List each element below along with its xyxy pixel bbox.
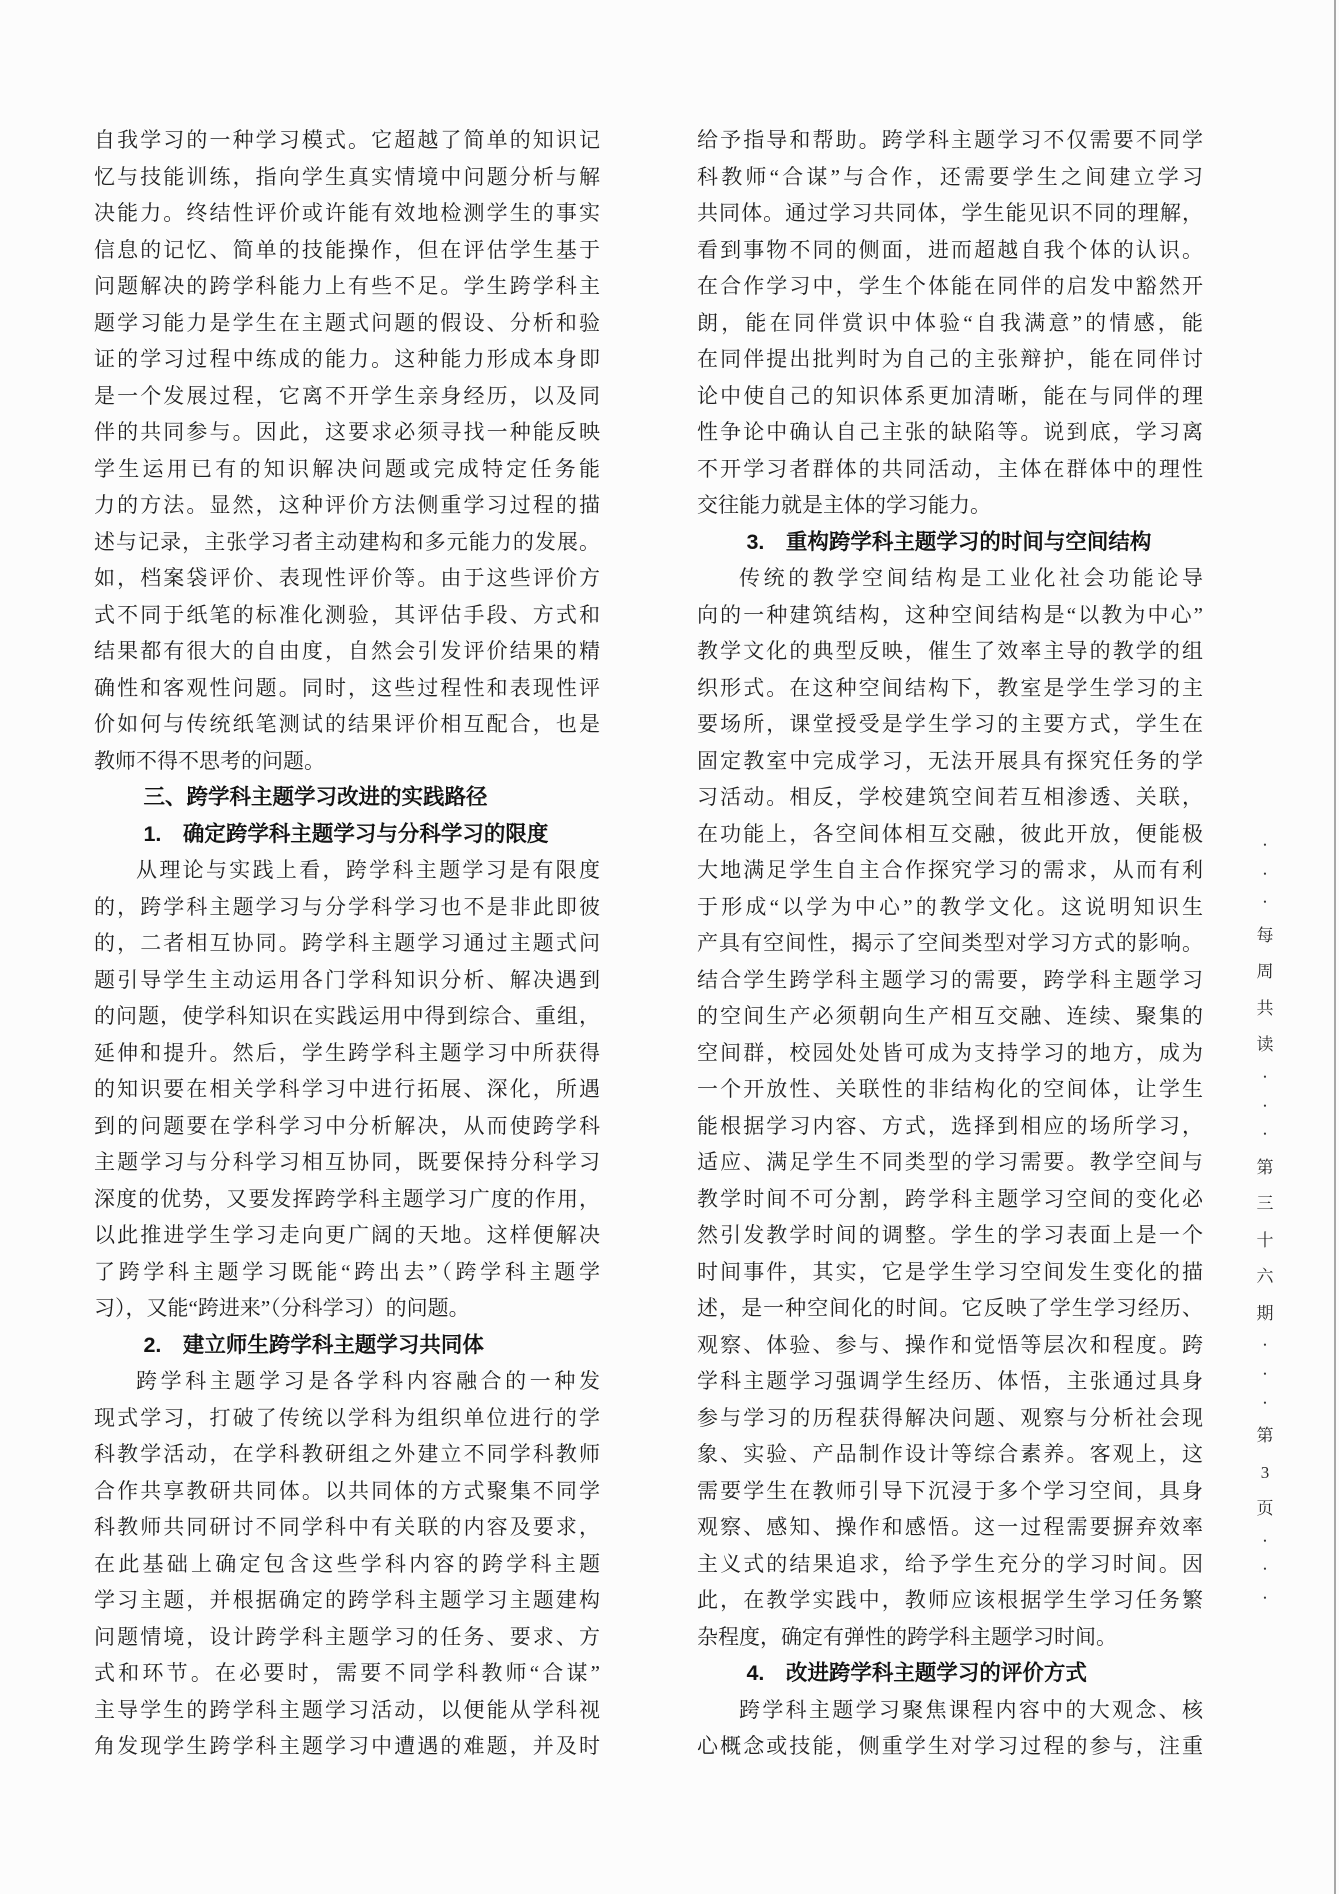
text-line: 题引导学生主动运用各门学科知识分析、解决遇到	[94, 962, 600, 999]
text-line: 教师不得不思考的问题。	[94, 743, 600, 780]
text-line: 不开学习者群体的共同活动，主体在群体中的理性	[697, 451, 1203, 488]
sidebar-item: 三	[1257, 1195, 1274, 1212]
text-line: 述与记录，主张学习者主动建构和多元能力的发展。	[94, 524, 600, 561]
sidebar-item: 期	[1257, 1305, 1274, 1322]
text-line: 学生运用已有的知识解决问题或完成特定任务能	[94, 451, 600, 488]
text-line: 共同体。通过学习共同体，学生能见识不同的理解，	[697, 195, 1203, 232]
text-line: 忆与技能训练，指向学生真实情境中问题分析与解	[94, 159, 600, 196]
text-line: 到的问题要在学科学习中分析解决，从而使跨学科	[94, 1108, 600, 1145]
text-line: 式不同于纸笔的标准化测验，其评估手段、方式和	[94, 597, 600, 634]
text-line: 结果都有很大的自由度，自然会引发评价结果的精	[94, 633, 600, 670]
text-line: 跨学科主题学习是各学科内容融合的一种发	[94, 1363, 600, 1400]
text-line: 科教学活动，在学科教研组之外建立不同学科教师	[94, 1436, 600, 1473]
sidebar-item: 周	[1257, 963, 1274, 980]
text-line: 信息的记忆、简单的技能操作，但在评估学生基于	[94, 232, 600, 269]
text-line: 学习主题，并根据确定的跨学科主题学习主题建构	[94, 1582, 600, 1619]
right-text-column: 给予指导和帮助。跨学科主题学习不仅需要不同学科教师“合谋”与合作，还需要学生之间…	[697, 122, 1203, 1765]
text-line: 给予指导和帮助。跨学科主题学习不仅需要不同学	[697, 122, 1203, 159]
text-line: 然引发教学时间的调整。学生的学习表面上是一个	[697, 1217, 1203, 1254]
text-line: 延伸和提升。然后，学生跨学科主题学习中所获得	[94, 1035, 600, 1072]
text-line: 科教师“合谋”与合作，还需要学生之间建立学习	[697, 159, 1203, 196]
text-line: 杂程度，确定有弹性的跨学科主题学习时间。	[697, 1619, 1203, 1656]
text-line: 产具有空间性，揭示了空间类型对学习方式的影响。	[697, 925, 1203, 962]
text-line: 主导学生的跨学科主题学习活动，以便能从学科视	[94, 1692, 600, 1729]
sidebar-item: •	[1263, 1370, 1266, 1379]
text-line: 心概念或技能，侧重学生对学习过程的参与，注重	[697, 1728, 1203, 1765]
text-line: 时间事件，其实，它是学生学习空间发生变化的描	[697, 1254, 1203, 1291]
text-line: 习），又能“跨进来”（分科学习）的问题。	[94, 1290, 600, 1327]
text-line: 述，是一种空间化的时间。它反映了学生学习经历、	[697, 1290, 1203, 1327]
sidebar-item: 六	[1257, 1268, 1274, 1285]
text-line: 能根据学习内容、方式，选择到相应的场所学习，	[697, 1108, 1203, 1145]
text-line: 在合作学习中，学生个体能在同伴的启发中豁然开	[697, 268, 1203, 305]
text-line: 证的学习过程中练成的能力。这种能力形成本身即	[94, 341, 600, 378]
text-line: 从理论与实践上看，跨学科主题学习是有限度	[94, 852, 600, 889]
text-line: 3. 重构跨学科主题学习的时间与空间结构	[697, 524, 1203, 561]
text-line: 于形成“以学为中心”的教学文化。这说明知识生	[697, 889, 1203, 926]
sidebar-item: •	[1263, 1073, 1266, 1082]
text-line: 朗，能在同伴赏识中体验“自我满意”的情感，能	[697, 305, 1203, 342]
page-edge-rule	[1334, 0, 1336, 1894]
text-line: 结合学生跨学科主题学习的需要，跨学科主题学习	[697, 962, 1203, 999]
text-line: 要场所，课堂授受是学生学习的主要方式，学生在	[697, 706, 1203, 743]
sidebar-item: •	[1263, 1102, 1266, 1111]
text-line: 在此基础上确定包含这些学科内容的跨学科主题	[94, 1546, 600, 1583]
text-line: 参与学习的历程获得解决问题、观察与分析社会现	[697, 1400, 1203, 1437]
text-line: 主题学习与分科学习相互协同，既要保持分科学习	[94, 1144, 600, 1181]
text-line: 观察、感知、操作和感悟。这一过程需要摒弃效率	[697, 1509, 1203, 1546]
text-line: 的，跨学科主题学习与分学科学习也不是非此即彼	[94, 889, 600, 926]
text-line: 的空间生产必须朝向生产相互交融、连续、聚集的	[697, 998, 1203, 1035]
text-line: 教学时间不可分割，跨学科主题学习空间的变化必	[697, 1181, 1203, 1218]
sidebar-item: 每	[1257, 927, 1274, 944]
text-line: 空间群，校园处处皆可成为支持学习的地方，成为	[697, 1035, 1203, 1072]
text-line: 跨学科主题学习聚焦课程内容中的大观念、核	[697, 1692, 1203, 1729]
text-line: 的问题，使学科知识在实践运用中得到综合、重组，	[94, 998, 600, 1035]
sidebar-item: •	[1263, 1341, 1266, 1350]
left-text-column: 自我学习的一种学习模式。它超越了简单的知识记忆与技能训练，指向学生真实情境中问题…	[94, 122, 600, 1765]
text-line: 主义式的结果追求，给予学生充分的学习时间。因	[697, 1546, 1203, 1583]
text-line: 式和环节。在必要时，需要不同学科教师“合谋”	[94, 1655, 600, 1692]
text-line: 一个开放性、关联性的非结构化的空间体，让学生	[697, 1071, 1203, 1108]
text-line: 价如何与传统纸笔测试的结果评价相互配合，也是	[94, 706, 600, 743]
text-line: 性争论中确认自己主张的缺陷等。说到底，学习离	[697, 414, 1203, 451]
sidebar-item: 共	[1257, 1000, 1274, 1017]
text-line: 织形式。在这种空间结构下，教室是学生学习的主	[697, 670, 1203, 707]
text-line: 4. 改进跨学科主题学习的评价方式	[697, 1655, 1203, 1692]
text-line: 问题解决的跨学科能力上有些不足。学生跨学科主	[94, 268, 600, 305]
text-line: 合作共享教研共同体。以共同体的方式聚集不同学	[94, 1473, 600, 1510]
text-line: 学科主题学习强调学生经历、体悟，主张通过具身	[697, 1363, 1203, 1400]
text-line: 现式学习，打破了传统以学科为组织单位进行的学	[94, 1400, 600, 1437]
text-line: 象、实验、产品制作设计等综合素养。客观上，这	[697, 1436, 1203, 1473]
sidebar-item: 十	[1257, 1232, 1274, 1249]
text-line: 传统的教学空间结构是工业化社会功能论导	[697, 560, 1203, 597]
margin-issue-sidebar: •••每周共读•••第三十六期•••第3页•••	[1251, 841, 1279, 1603]
text-line: 在同伴提出批判时为自己的主张辩护，能在同伴讨	[697, 341, 1203, 378]
text-line: 固定教室中完成学习，无法开展具有探究任务的学	[697, 743, 1203, 780]
text-line: 看到事物不同的侧面，进而超越自我个体的认识。	[697, 232, 1203, 269]
text-line: 此，在教学实践中，教师应该根据学生学习任务繁	[697, 1582, 1203, 1619]
text-line: 三、跨学科主题学习改进的实践路径	[94, 779, 600, 816]
sidebar-item: •	[1263, 898, 1266, 907]
text-line: 如，档案袋评价、表现性评价等。由于这些评价方	[94, 560, 600, 597]
text-line: 确性和客观性问题。同时，这些过程性和表现性评	[94, 670, 600, 707]
sidebar-item: 第	[1257, 1427, 1274, 1444]
sidebar-item: 读	[1257, 1036, 1274, 1053]
sidebar-item: 3	[1261, 1464, 1270, 1481]
text-line: 科教师共同研讨不同学科中有关联的内容及要求，	[94, 1509, 600, 1546]
sidebar-item: •	[1263, 1537, 1266, 1546]
text-line: 习活动。相反，学校建筑空间若互相渗透、关联，	[697, 779, 1203, 816]
text-line: 是一个发展过程，它离不开学生亲身经历，以及同	[94, 378, 600, 415]
text-line: 问题情境，设计跨学科主题学习的任务、要求、方	[94, 1619, 600, 1656]
text-line: 深度的优势，又要发挥跨学科主题学习广度的作用，	[94, 1181, 600, 1218]
sidebar-item: 第	[1257, 1159, 1274, 1176]
text-line: 向的一种建筑结构，这种空间结构是“以教为中心”	[697, 597, 1203, 634]
text-line: 在功能上，各空间体相互交融，彼此开放，便能极	[697, 816, 1203, 853]
text-line: 需要学生在教师引导下沉浸于多个学习空间，具身	[697, 1473, 1203, 1510]
text-line: 交往能力就是主体的学习能力。	[697, 487, 1203, 524]
text-line: 大地满足学生自主合作探究学习的需求，从而有利	[697, 852, 1203, 889]
text-line: 决能力。终结性评价或许能有效地检测学生的事实	[94, 195, 600, 232]
sidebar-item: •	[1263, 1399, 1266, 1408]
text-line: 1. 确定跨学科主题学习与分科学习的限度	[94, 816, 600, 853]
text-line: 适应、满足学生不同类型的学习需要。教学空间与	[697, 1144, 1203, 1181]
document-page: 自我学习的一种学习模式。它超越了简单的知识记忆与技能训练，指向学生真实情境中问题…	[0, 0, 1339, 1894]
sidebar-item: •	[1263, 841, 1266, 850]
text-line: 角发现学生跨学科主题学习中遭遇的难题，并及时	[94, 1728, 600, 1765]
text-line: 以此推进学生学习走向更广阔的天地。这样便解决	[94, 1217, 600, 1254]
text-line: 的知识要在相关学科学习中进行拓展、深化，所遇	[94, 1071, 600, 1108]
text-line: 教学文化的典型反映，催生了效率主导的教学的组	[697, 633, 1203, 670]
text-line: 了跨学科主题学习既能“跨出去”（跨学科主题学	[94, 1254, 600, 1291]
text-line: 自我学习的一种学习模式。它超越了简单的知识记	[94, 122, 600, 159]
sidebar-item: •	[1263, 1594, 1266, 1603]
sidebar-item: •	[1263, 1565, 1266, 1574]
text-line: 伴的共同参与。因此，这要求必须寻找一种能反映	[94, 414, 600, 451]
text-line: 题学习能力是学生在主题式问题的假设、分析和验	[94, 305, 600, 342]
text-line: 论中使自己的知识体系更加清晰，能在与同伴的理	[697, 378, 1203, 415]
text-line: 观察、体验、参与、操作和觉悟等层次和程度。跨	[697, 1327, 1203, 1364]
sidebar-item: •	[1263, 1130, 1266, 1139]
sidebar-item: •	[1263, 870, 1266, 879]
sidebar-item: 页	[1257, 1500, 1274, 1517]
text-line: 的，二者相互协同。跨学科主题学习通过主题式问	[94, 925, 600, 962]
text-line: 力的方法。显然，这种评价方法侧重学习过程的描	[94, 487, 600, 524]
text-line: 2. 建立师生跨学科主题学习共同体	[94, 1327, 600, 1364]
